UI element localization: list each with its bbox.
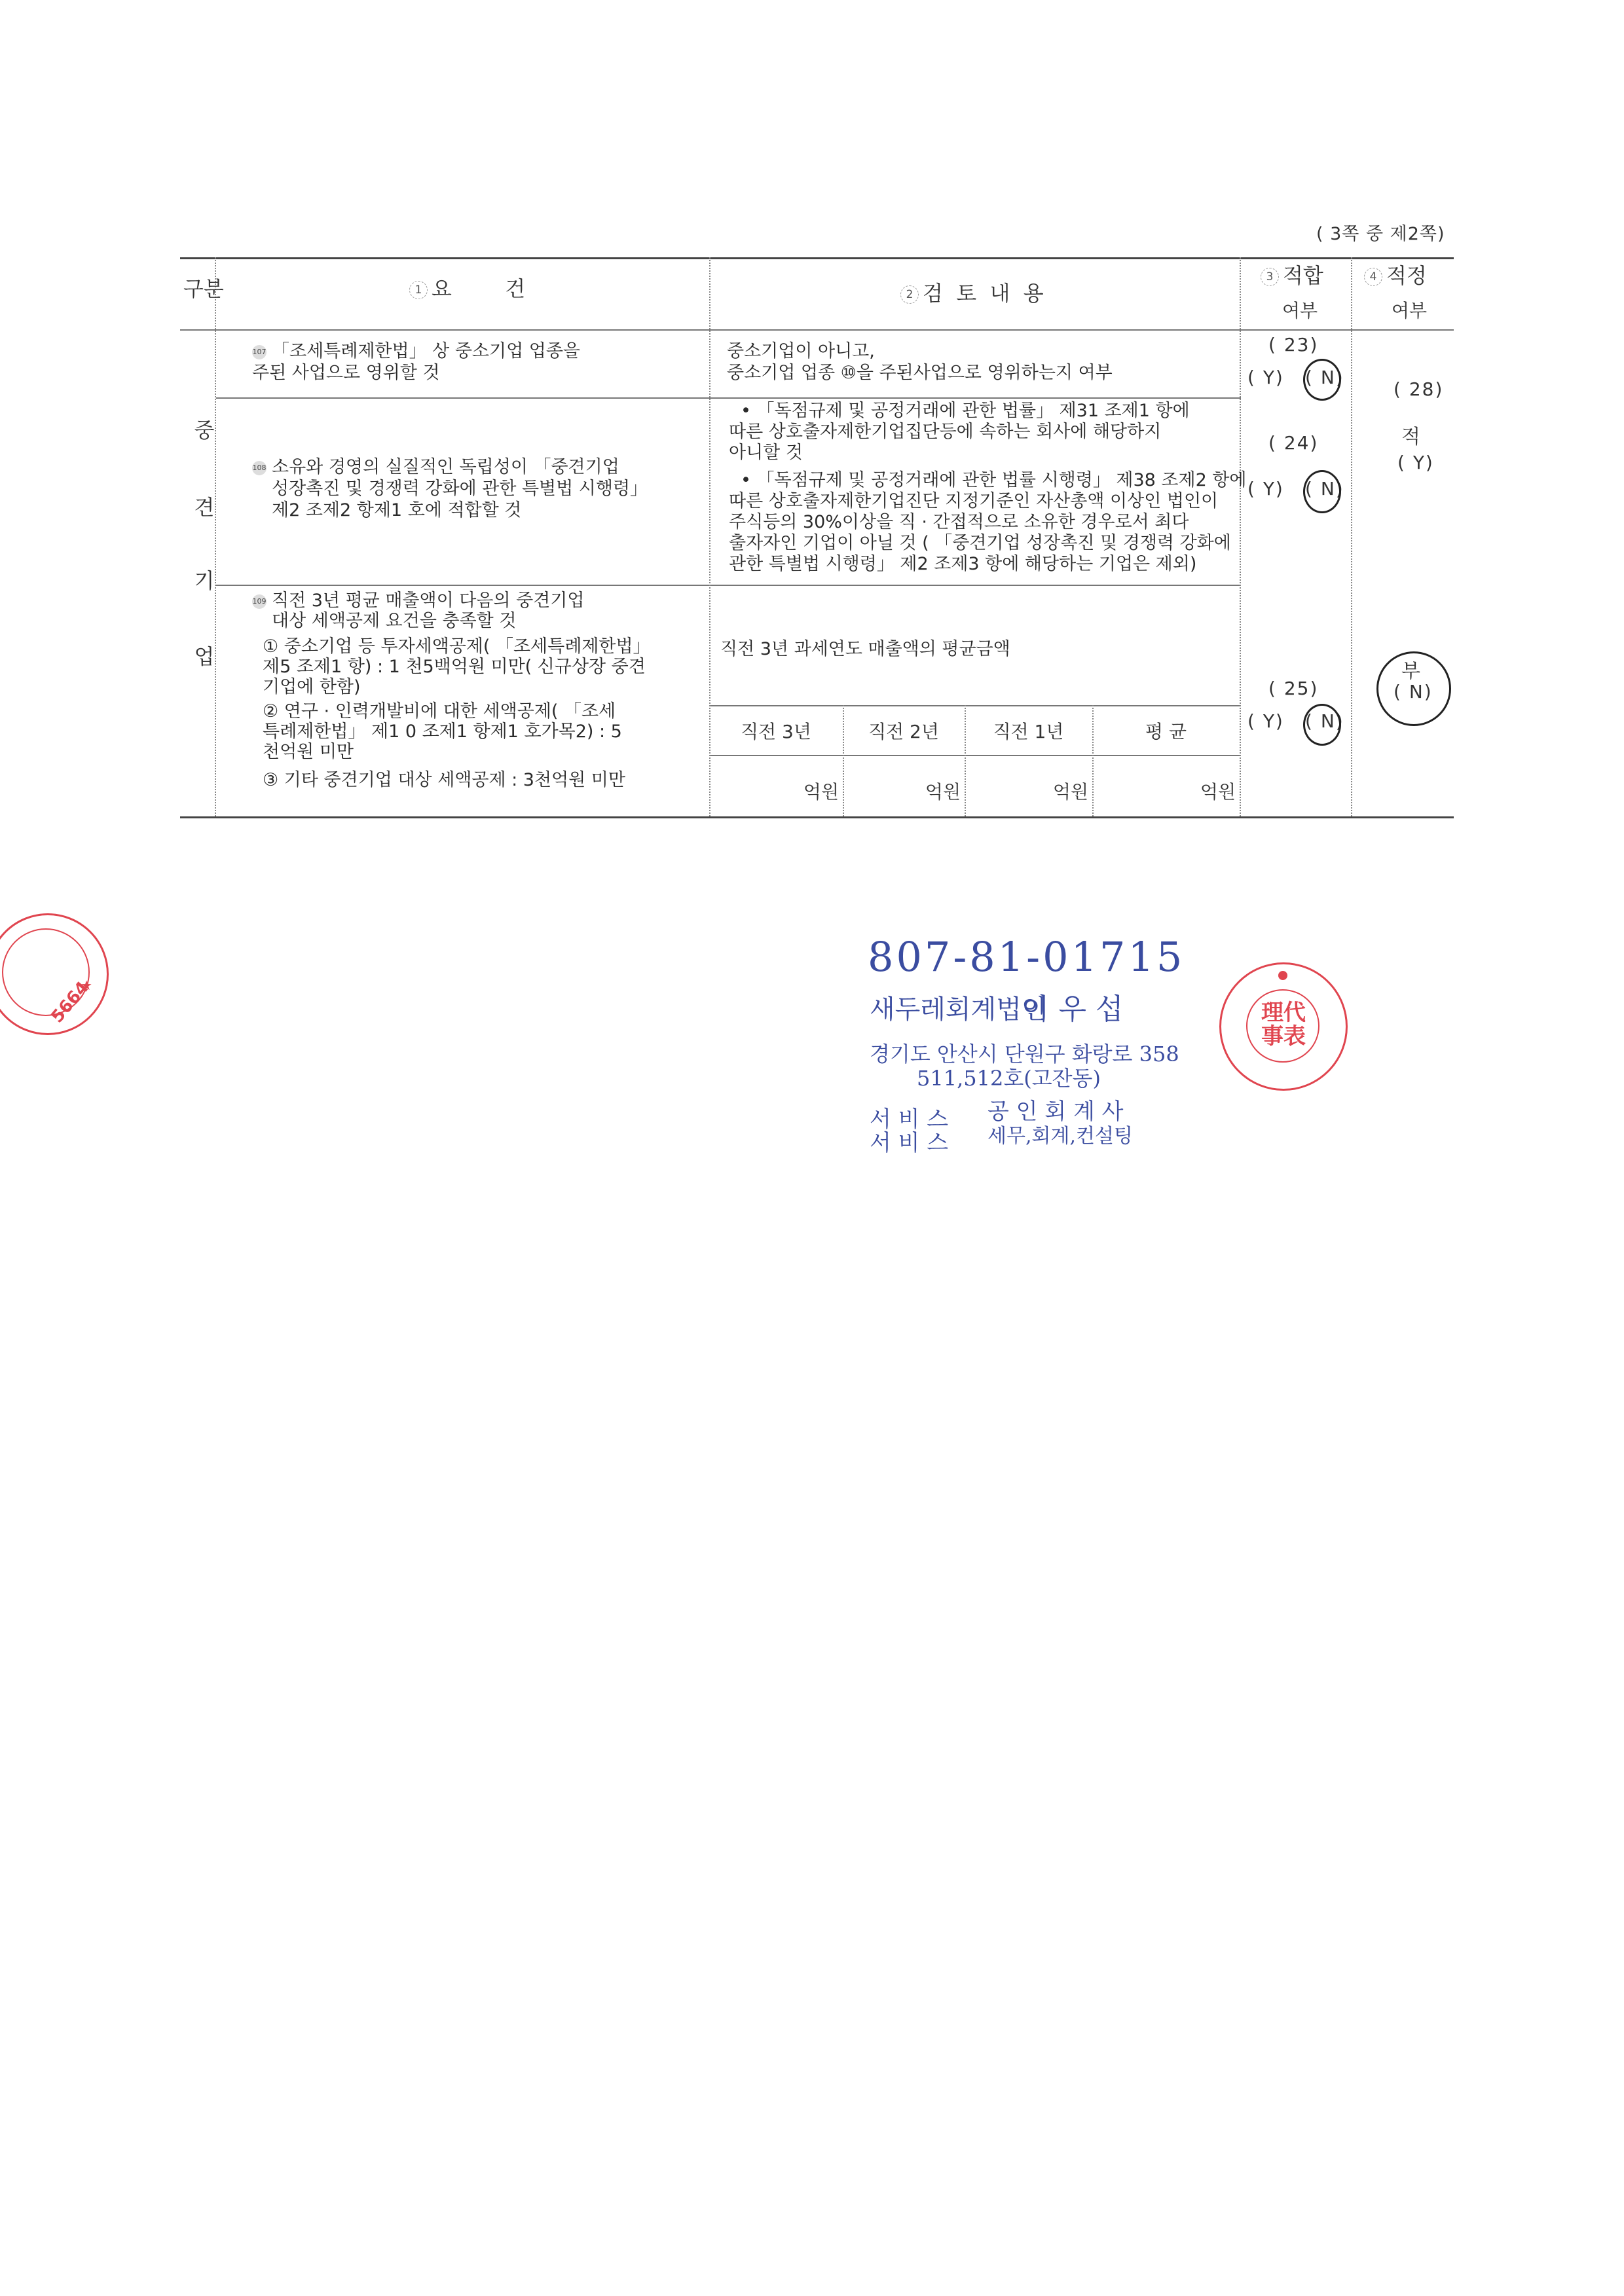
header-category: 구분 <box>183 278 224 300</box>
row1-bottom-border <box>216 397 1241 399</box>
row2-fit-yes: ( Y) <box>1247 478 1284 500</box>
item-number-badge: 108 <box>252 461 267 475</box>
row1-requirement: 107「조세특례제한법」 상 중소기업 업종을 주된 사업으로 영위할 것 <box>252 340 580 384</box>
row2-fit-code: ( 24) <box>1268 432 1318 454</box>
business-number: 807-81-01715 <box>868 933 1185 981</box>
header-proper-line2: 여부 <box>1392 300 1427 321</box>
proper-upper-label: 적 <box>1393 420 1422 449</box>
circled-number-icon: 3 <box>1261 268 1279 286</box>
sales-header-2y: 직전 2년 <box>843 718 965 744</box>
row1-fit-code: ( 23) <box>1268 334 1318 355</box>
sales-header-avg: 평 균 <box>1092 718 1240 744</box>
table-bottom-border <box>180 816 1454 818</box>
header-proper-line1: 4적정 <box>1364 265 1427 287</box>
proper-upper-value: ( Y) <box>1397 452 1434 473</box>
sales-header-1y: 직전 1년 <box>965 718 1092 744</box>
header-requirement: 1요 건 <box>409 278 525 300</box>
sales-header-bottom-border <box>709 755 1241 756</box>
category-char: 업 <box>191 640 217 670</box>
header-bottom-border <box>180 329 1454 331</box>
item-number-badge: 107 <box>252 345 267 359</box>
header-fit-line1: 3적합 <box>1261 265 1323 287</box>
table-top-border <box>180 257 1454 259</box>
circled-number-icon: 2 <box>900 285 919 304</box>
sales-value-1y[interactable]: 억원 <box>965 778 1088 804</box>
category-char: 중 <box>191 414 217 444</box>
row3-requirement: 109직전 3년 평균 매출액이 다음의 중견기업 대상 세액공제 요건을 충족… <box>252 591 651 790</box>
row1-review: 중소기업이 아니고, 중소기업 업종 ⑩을 주된사업으로 영위하는지 여부 <box>727 340 1113 384</box>
row2-requirement: 108소유와 경영의 실질적인 독립성이 「중견기업 성장촉진 및 경쟁력 강화… <box>252 456 648 521</box>
header-review: 2검 토 내 용 <box>900 283 1044 304</box>
row2-bottom-border <box>216 585 1241 586</box>
col-border-4 <box>1351 257 1352 816</box>
representative-name: 이 우 섭 <box>1022 985 1123 1027</box>
sales-header-top-border <box>709 705 1241 706</box>
circled-number-icon: 1 <box>409 281 428 299</box>
category-char: 기 <box>191 564 217 594</box>
selected-circle-mark <box>1303 359 1341 401</box>
item-number-badge: 109 <box>252 594 267 609</box>
row3-review-title: 직전 3년 과세연도 매출액의 평균금액 <box>720 638 1010 660</box>
sales-value-2y[interactable]: 억원 <box>843 778 961 804</box>
page-count: ( 3쪽 중 제2쪽) <box>1316 219 1445 245</box>
selected-circle-mark <box>1303 704 1341 746</box>
service-value-2: 세무,회계,컨설팅 <box>987 1120 1133 1148</box>
selected-circle-mark <box>1303 470 1341 513</box>
service-label-2: 서 비 스 <box>870 1125 948 1157</box>
row3-fit-yes: ( Y) <box>1247 710 1284 732</box>
row1-fit-yes: ( Y) <box>1247 367 1284 388</box>
proper-lower-label: 부 <box>1401 655 1422 683</box>
row3-fit-code: ( 25) <box>1268 678 1318 699</box>
proper-lower-value: ( N) <box>1393 681 1433 702</box>
address-line2: 511,512호(고잔동) <box>917 1062 1101 1092</box>
sales-header-3y: 직전 3년 <box>709 718 843 744</box>
col-border-1 <box>215 257 216 816</box>
circled-number-icon: 4 <box>1364 268 1382 286</box>
category-char: 견 <box>191 491 217 521</box>
sales-value-3y[interactable]: 억원 <box>709 778 839 804</box>
proper-code: ( 28) <box>1393 378 1443 400</box>
row2-review: • 「독점규제 및 공정거래에 관한 법률」 제31 조제1 항에 따른 상호출… <box>729 401 1247 575</box>
company-seal-icon: 理代事表 <box>1219 962 1348 1091</box>
firm-name: 새두레회계법인 <box>870 989 1046 1026</box>
header-fit-line2: 여부 <box>1282 300 1318 321</box>
sales-value-avg[interactable]: 억원 <box>1092 778 1236 804</box>
left-seal-icon: 5664 ★ <box>0 913 109 1035</box>
